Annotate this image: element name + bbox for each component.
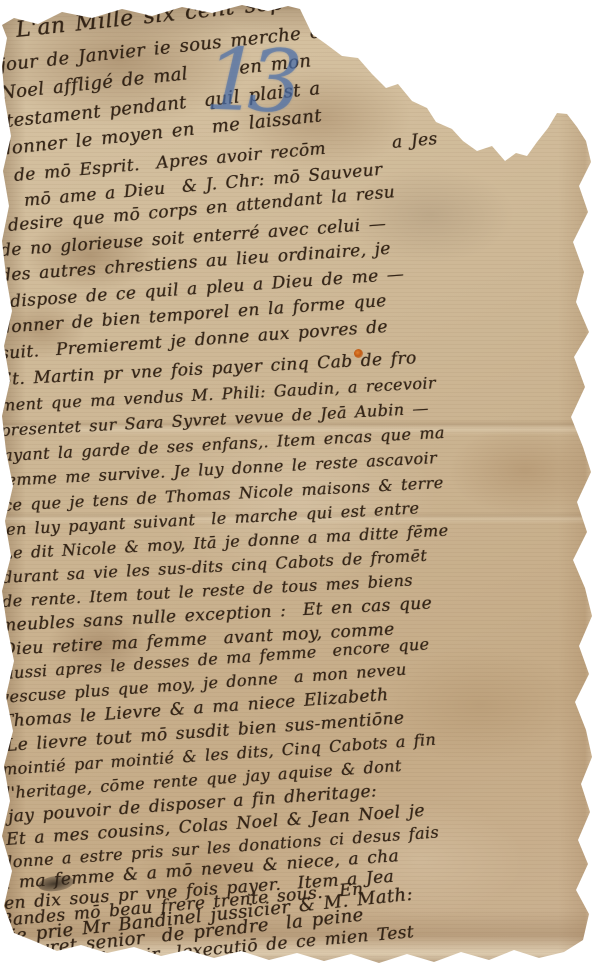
blue-archival-number: 13 — [204, 37, 292, 126]
foxing-spot — [354, 349, 363, 358]
manuscript-paper: L'an Mille six cent sepjour de Janvier i… — [0, 0, 600, 971]
photo-background: L'an Mille six cent sepjour de Janvier i… — [0, 0, 600, 971]
handwriting-block: L'an Mille six cent sepjour de Janvier i… — [0, 0, 600, 971]
